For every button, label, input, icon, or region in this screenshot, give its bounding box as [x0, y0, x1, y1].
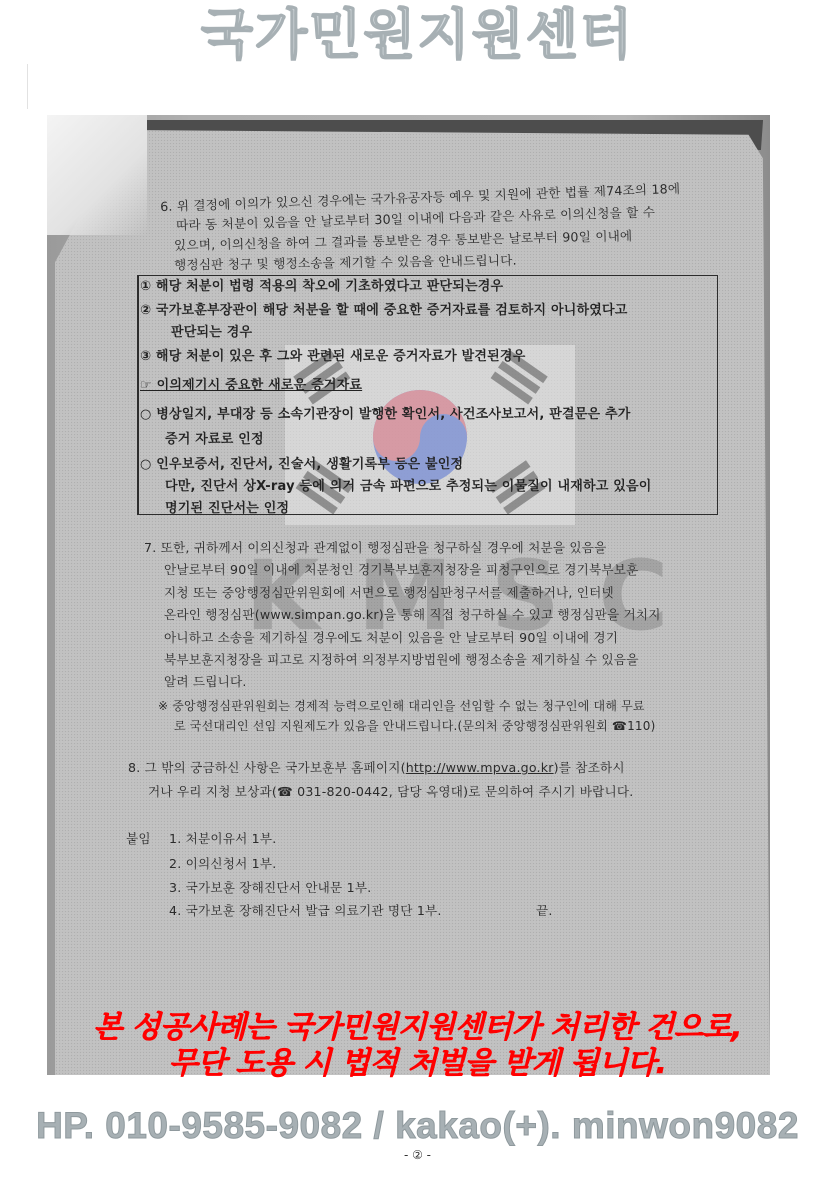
section7-line: 아니하고 소송을 제기하실 경우에도 처분이 있음을 안 날로부터 90일 이내…: [164, 627, 618, 646]
evidence-item: 다만, 진단서 상X-ray 등에 의거 금속 파편으로 추정되는 이물질이 내…: [165, 475, 652, 494]
reason-item: ② 국가보훈부장관이 해당 처분을 할 때에 중요한 증거자료를 검토하지 아니…: [140, 299, 628, 318]
section7-line: 알려 드립니다.: [164, 671, 247, 690]
section8-text: )를 참조하시: [554, 760, 625, 775]
evidence-item: ○ 인우보증서, 진단서, 진술서, 생활기록부 등은 불인정: [140, 453, 463, 472]
section8-line: 거나 우리 지청 보상과(☎ 031-820-0442, 담당 옥영대)로 문의…: [148, 781, 633, 800]
section6-line: 행정심판 청구 및 행정소송을 제기할 수 있음을 안내드립니다.: [174, 250, 517, 274]
end-mark: 끝.: [536, 900, 553, 919]
section7-line: 안날로부터 90일 이내에 처분청인 경기북부보훈지청장을 피청구인으로 경기북…: [164, 559, 638, 578]
section7-line: 지청 또는 중앙행정심판위원회에 서면으로 행정심판청구서를 제출하거나, 인터…: [164, 582, 614, 601]
attachment-item: 4. 국가보훈 장해진단서 발급 의료기관 명단 1부.: [169, 900, 442, 919]
reason-item: 판단되는 경우: [171, 321, 252, 340]
section7-note: 로 국선대리인 선임 지원제도가 있음을 안내드립니다.(문의처 중앙행정심판위…: [174, 717, 655, 734]
section7-line: 7. 또한, 귀하께서 이의신청과 관계없이 행정심판을 청구하실 경우에 처분…: [144, 537, 607, 556]
attachment-item: 3. 국가보훈 장해진단서 안내문 1부.: [169, 877, 371, 896]
section8-text: 8. 그 밖의 궁금하신 사항은 국가보훈부 홈페이지(: [128, 760, 406, 775]
contact-info: HP. 010-9585-9082 / kakao(+). minwon9082: [0, 1105, 835, 1147]
section7-note: ※ 중앙행정심판위원회는 경제적 능력으로인해 대리인을 선임할 수 없는 청구…: [158, 697, 645, 714]
evidence-item: 명기된 진단서는 인정: [165, 497, 289, 516]
section8-line: 8. 그 밖의 궁금하신 사항은 국가보훈부 홈페이지(http://www.m…: [128, 757, 625, 776]
attachment-item: 2. 이의신청서 1부.: [169, 853, 276, 872]
section7-line: 온라인 행정심판(www.simpan.go.kr)을 통해 직접 청구하실 수…: [164, 604, 661, 623]
reason-item: ① 해당 처분이 법령 적용의 착오에 기초하였다고 판단되는경우: [140, 275, 503, 294]
copyright-notice-line2: 무단 도용 시 법적 처벌을 받게 됩니다.: [0, 1038, 835, 1082]
evidence-heading: ☞ 이의제기시 중요한 새로운 증거자료: [140, 374, 362, 393]
mpva-link[interactable]: http://www.mpva.go.kr: [406, 760, 554, 775]
attachment-item: 1. 처분이유서 1부.: [169, 828, 276, 847]
evidence-item: 증거 자료로 인정: [165, 428, 264, 447]
attachments-label: 붙임: [126, 828, 151, 847]
page-number: - ② -: [0, 1148, 835, 1162]
evidence-item: ○ 병상일지, 부대장 등 소속기관장이 발행한 확인서, 사건조사보고서, 판…: [140, 403, 631, 422]
reason-item: ③ 해당 처분이 있은 후 그와 관련된 새로운 증거자료가 발견된경우: [140, 345, 525, 364]
section7-line: 북부보훈지청장을 피고로 지정하여 의정부지방법원에 행정소송을 제기하실 수 …: [164, 649, 639, 668]
